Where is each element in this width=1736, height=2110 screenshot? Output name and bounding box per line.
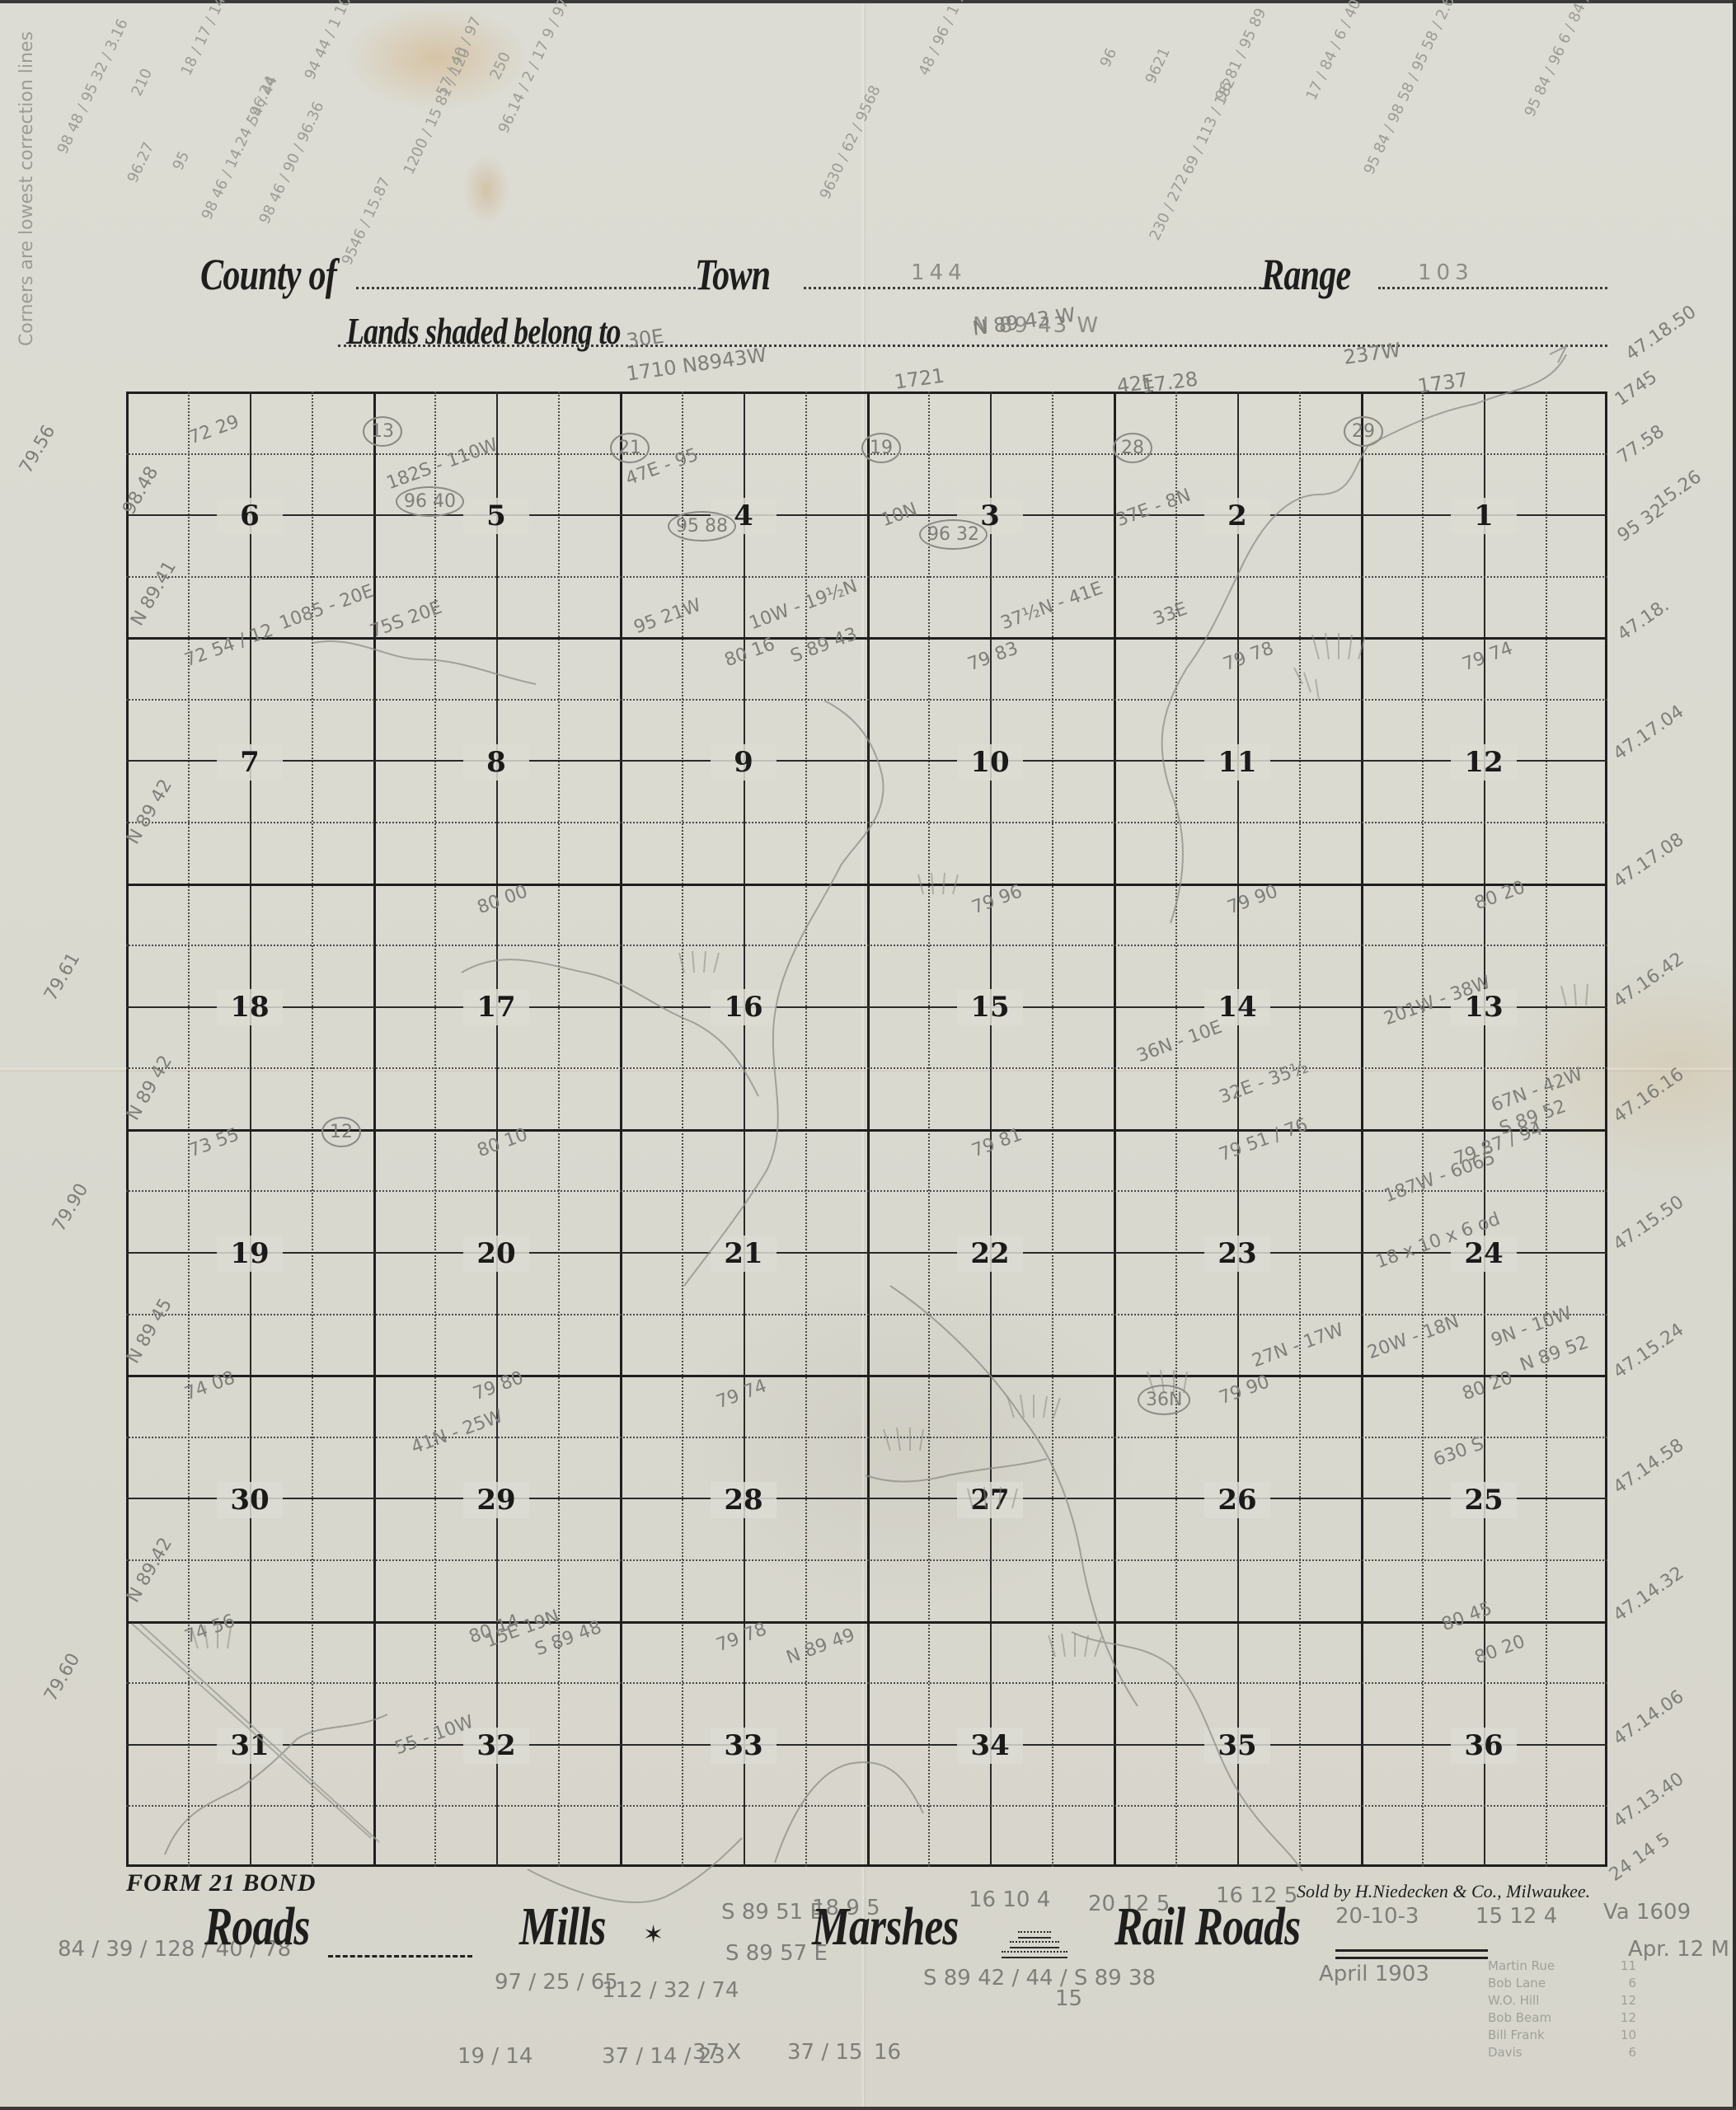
section-line-horizontal <box>126 637 1607 640</box>
tally-count: 12 <box>1621 1992 1636 2009</box>
range-field-line <box>1378 287 1607 289</box>
section-29: 29 <box>463 1482 529 1518</box>
pencil-note-bottom: S 89 51 E <box>721 1900 823 1925</box>
pencil-note-bottom: Apr. 12 M <box>1628 1937 1729 1962</box>
pencil-note-bottom: 37 X <box>692 2040 741 2065</box>
tally-name: Davis <box>1488 2044 1523 2061</box>
section-28: 28 <box>711 1482 777 1518</box>
section-19: 19 <box>217 1236 283 1272</box>
pencil-circled-note: 13 <box>363 416 402 447</box>
quarter-line-horizontal <box>126 1314 1607 1315</box>
quarter-line-horizontal <box>126 822 1607 823</box>
county-field-line <box>356 287 696 289</box>
pencil-note-bottom: April 1903 <box>1319 1962 1429 1986</box>
section-26: 26 <box>1204 1482 1270 1518</box>
legend-railroads-label: Rail Roads <box>1114 1896 1300 1958</box>
legend-roads-label: Roads <box>204 1896 310 1958</box>
roads-symbol <box>328 1955 472 1958</box>
pencil-circled-note: 19 <box>861 433 901 463</box>
section-31: 31 <box>217 1728 283 1764</box>
lands-field-line <box>338 345 1607 347</box>
tally-row: Martin Rue11 <box>1488 1958 1636 1975</box>
pencil-note-bottom: 15 <box>1055 1986 1082 2011</box>
pencil-circled-note: 28 <box>1113 433 1152 463</box>
town-label: Town <box>695 249 770 300</box>
section-line-horizontal <box>126 1621 1607 1624</box>
section-34: 34 <box>957 1728 1023 1764</box>
section-9: 9 <box>711 744 777 781</box>
section-30: 30 <box>217 1482 283 1518</box>
section-12: 12 <box>1451 744 1517 781</box>
section-32: 32 <box>463 1728 529 1764</box>
tally-count: 6 <box>1628 1975 1636 1992</box>
section-7: 7 <box>217 744 283 781</box>
pencil-circled-note: 96 32 <box>919 519 988 550</box>
section-line-horizontal <box>126 514 1607 516</box>
section-line-horizontal <box>126 884 1607 886</box>
section-23: 23 <box>1204 1236 1270 1272</box>
scan-edge-bottom <box>0 2107 1736 2110</box>
section-1: 1 <box>1451 498 1517 534</box>
pencil-note-bottom: 16 10 4 <box>969 1887 1050 1912</box>
town-field-line <box>804 287 1261 289</box>
tally-row: Davis6 <box>1488 2044 1636 2061</box>
tally-count: 6 <box>1628 2044 1636 2061</box>
quarter-line-horizontal <box>126 1437 1607 1438</box>
pencil-note-bottom: 97 / 25 / 65 <box>495 1970 618 1995</box>
section-36: 36 <box>1451 1728 1517 1764</box>
section-line-horizontal <box>126 1744 1607 1746</box>
pencil-note-bottom: S 89 42 / 44 / S 89 38 <box>923 1966 1156 1990</box>
pencil-note-bottom: 20-10-3 <box>1335 1904 1419 1929</box>
mill-star-icon: ✶ <box>643 1920 664 1949</box>
section-line-horizontal <box>126 1006 1607 1008</box>
tally-row: Bob Beam12 <box>1488 2009 1636 2027</box>
form-number-label: FORM 21 BOND <box>126 1869 316 1897</box>
county-label: County of <box>200 249 336 300</box>
pencil-circled-note: 12 <box>321 1117 361 1147</box>
tally-list: Martin Rue11Bob Lane6W.O. Hill12Bob Beam… <box>1488 1958 1636 2061</box>
section-33: 33 <box>711 1728 777 1764</box>
section-35: 35 <box>1204 1728 1270 1764</box>
railroad-double-line-icon <box>1335 1949 1488 1959</box>
range-value: 103 <box>1418 260 1474 285</box>
pencil-note-bottom: 37 / 15 <box>787 2040 862 2065</box>
section-6: 6 <box>217 498 283 534</box>
quarter-line-horizontal <box>126 1805 1607 1807</box>
pencil-note-bottom: 19 / 14 <box>457 2044 533 2069</box>
quarter-line-horizontal <box>126 576 1607 578</box>
range-label: Range <box>1261 249 1350 300</box>
section-10: 10 <box>957 744 1023 781</box>
section-27: 27 <box>957 1482 1023 1518</box>
section-line-horizontal <box>126 760 1607 762</box>
town-value: 144 <box>911 260 967 285</box>
pencil-circled-note: 96 40 <box>396 486 464 517</box>
legend-marshes-label: Marshes <box>812 1896 959 1958</box>
section-20: 20 <box>463 1236 529 1272</box>
section-21: 21 <box>711 1236 777 1272</box>
tally-name: W.O. Hill <box>1488 1992 1539 2009</box>
quarter-line-horizontal <box>126 945 1607 946</box>
quarter-line-horizontal <box>126 1682 1607 1684</box>
tally-row: W.O. Hill12 <box>1488 1992 1636 2009</box>
publisher-credit: Sold by H.Niedecken & Co., Milwaukee. <box>1297 1881 1590 1902</box>
marsh-hatch-icon <box>1002 1929 1067 1962</box>
section-18: 18 <box>217 989 283 1025</box>
section-25: 25 <box>1451 1482 1517 1518</box>
section-22: 22 <box>957 1236 1023 1272</box>
tally-name: Bob Beam <box>1488 2009 1551 2027</box>
pencil-note-bottom: 16 <box>874 2040 901 2065</box>
scan-edge-right <box>1733 0 1736 2110</box>
scan-edge-top <box>0 0 1736 3</box>
pencil-circled-note: 21 <box>610 433 650 463</box>
section-2: 2 <box>1204 498 1270 534</box>
section-16: 16 <box>711 989 777 1025</box>
tally-count: 11 <box>1621 1958 1636 1975</box>
section-8: 8 <box>463 744 529 781</box>
section-line-horizontal <box>126 1498 1607 1499</box>
pencil-circled-note: 95 88 <box>668 511 736 542</box>
tally-name: Martin Rue <box>1488 1958 1555 1975</box>
section-11: 11 <box>1204 744 1270 781</box>
tally-count: 12 <box>1621 2009 1636 2027</box>
tally-name: Bob Lane <box>1488 1975 1546 1992</box>
section-17: 17 <box>463 989 529 1025</box>
pencil-note-bottom: 15 12 4 <box>1476 1904 1557 1929</box>
section-line-horizontal <box>126 1375 1607 1377</box>
section-15: 15 <box>957 989 1023 1025</box>
tally-row: Bob Lane6 <box>1488 1975 1636 1992</box>
pencil-circled-note: 29 <box>1344 416 1383 447</box>
tally-count: 10 <box>1621 2027 1636 2044</box>
legend-mills-label: Mills <box>519 1896 606 1958</box>
tally-row: Bill Frank10 <box>1488 2027 1636 2044</box>
quarter-line-horizontal <box>126 699 1607 701</box>
quarter-line-horizontal <box>126 1559 1607 1561</box>
section-5: 5 <box>463 498 529 534</box>
quarter-line-horizontal <box>126 1067 1607 1069</box>
pencil-circled-note: 36N <box>1138 1385 1190 1415</box>
pencil-note-bottom: 112 / 32 / 74 <box>602 1978 739 2003</box>
left-margin-vertical-note: Corners are lowest correction lines <box>16 31 37 346</box>
pencil-note-bottom: Va 1609 <box>1603 1900 1691 1925</box>
tally-name: Bill Frank <box>1488 2027 1545 2044</box>
